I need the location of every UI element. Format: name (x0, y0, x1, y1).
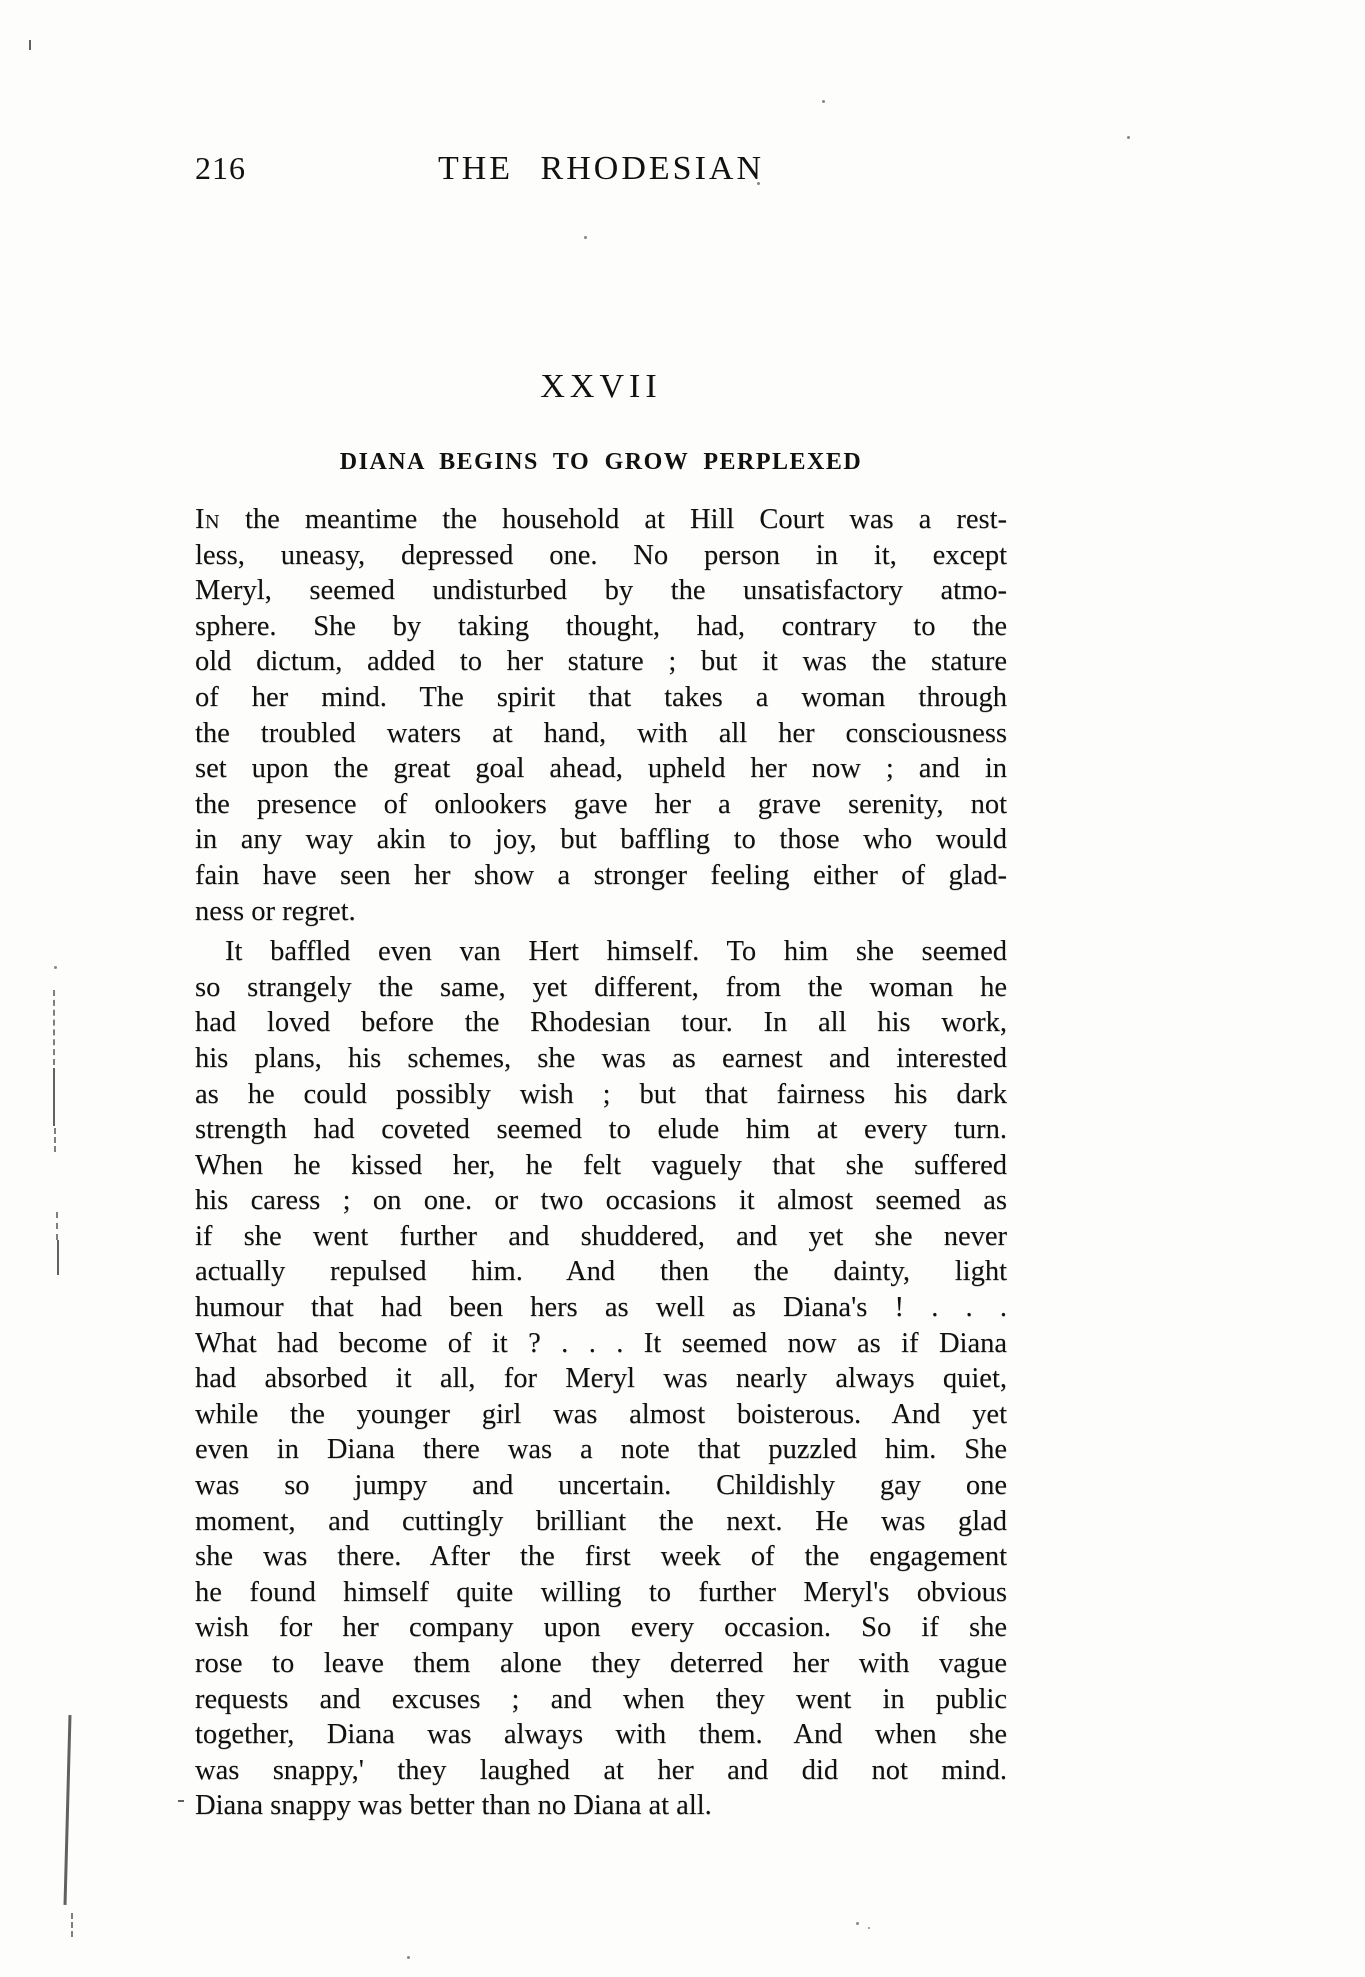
scan-artifact (71, 1913, 73, 1937)
chapter-text: In the meantime the household at Hill Co… (195, 502, 1007, 1824)
running-head: 216 THE RHODESIAN (195, 150, 1007, 190)
text-line: strength had coveted seemed to elude him… (195, 1112, 1007, 1148)
scan-artifact (57, 1240, 59, 1275)
text-line: wish for her company upon every occasion… (195, 1610, 1007, 1646)
text-line: Meryl, seemed undisturbed by the unsatis… (195, 573, 1007, 609)
text-line: his plans, his schemes, she was as earne… (195, 1041, 1007, 1077)
text-line: was snappy,' they laughed at her and did… (195, 1753, 1007, 1789)
text-line: In the meantime the household at Hill Co… (195, 502, 1007, 538)
scan-artifact (868, 1927, 870, 1929)
book-page-scan: 216 THE RHODESIAN XXVII DIANA BEGINS TO … (0, 0, 1365, 1977)
paragraph: In the meantime the household at Hill Co… (195, 502, 1007, 929)
text-line: had absorbed it all, for Meryl was nearl… (195, 1361, 1007, 1397)
text-line: the presence of onlookers gave her a gra… (195, 787, 1007, 823)
scan-artifact (29, 40, 31, 50)
scan-artifact (64, 1715, 72, 1905)
text-line: Diana snappy was better than no Diana at… (195, 1788, 1007, 1824)
text-line: actually repulsed him. And then the dain… (195, 1254, 1007, 1290)
text-line: old dictum, added to her stature ; but i… (195, 644, 1007, 680)
text-line: his caress ; on one. or two occasions it… (195, 1183, 1007, 1219)
paragraph: It baffled even van Hert himself. To him… (195, 934, 1007, 1824)
text-line: set upon the great goal ahead, upheld he… (195, 751, 1007, 787)
scan-artifact (53, 1068, 55, 1126)
text-line: he found himself quite willing to furthe… (195, 1575, 1007, 1611)
text-line: even in Diana there was a note that puzz… (195, 1432, 1007, 1468)
text-line: fain have seen her show a stronger feeli… (195, 858, 1007, 894)
text-line: requests and excuses ; and when they wen… (195, 1682, 1007, 1718)
text-line: of her mind. The spirit that takes a wom… (195, 680, 1007, 716)
scan-artifact (407, 1956, 410, 1959)
text-line: together, Diana was always with them. An… (195, 1717, 1007, 1753)
scan-artifact (53, 990, 55, 1065)
text-line: humour that had been hers as well as Dia… (195, 1290, 1007, 1326)
text-line: she was there. After the first week of t… (195, 1539, 1007, 1575)
scan-artifact (1127, 136, 1130, 139)
text-line: if she went further and shuddered, and y… (195, 1219, 1007, 1255)
running-title: THE RHODESIAN (195, 150, 1007, 188)
text-line: so strangely the same, yet different, fr… (195, 970, 1007, 1006)
text-line: had loved before the Rhodesian tour. In … (195, 1005, 1007, 1041)
chapter-number: XXVII (195, 368, 1007, 406)
text-line: was so jumpy and uncertain. Childishly g… (195, 1468, 1007, 1504)
text-line: as he could possibly wish ; but that fai… (195, 1077, 1007, 1113)
scan-artifact (178, 1800, 184, 1802)
text-line: When he kissed her, he felt vaguely that… (195, 1148, 1007, 1184)
scan-artifact (757, 182, 760, 185)
scan-artifact (56, 1212, 58, 1240)
text-line: What had become of it ? . . . It seemed … (195, 1326, 1007, 1362)
text-line: ness or regret. (195, 894, 1007, 930)
scan-artifact (584, 236, 587, 239)
scan-artifact (54, 1128, 56, 1152)
text-line: less, uneasy, depressed one. No person i… (195, 538, 1007, 574)
text-line: rose to leave them alone they deterred h… (195, 1646, 1007, 1682)
scan-artifact (856, 1922, 859, 1925)
text-line: the troubled waters at hand, with all he… (195, 716, 1007, 752)
text-block: 216 THE RHODESIAN XXVII DIANA BEGINS TO … (195, 0, 1007, 1977)
opening-word: In (195, 504, 220, 535)
text-line: It baffled even van Hert himself. To him… (195, 934, 1007, 970)
text-line: while the younger girl was almost boiste… (195, 1397, 1007, 1433)
text-line: in any way akin to joy, but baffling to … (195, 822, 1007, 858)
scan-artifact (54, 966, 57, 969)
text-line: moment, and cuttingly brilliant the next… (195, 1504, 1007, 1540)
chapter-title: DIANA BEGINS TO GROW PERPLEXED (195, 449, 1007, 476)
text-line: sphere. She by taking thought, had, cont… (195, 609, 1007, 645)
scan-artifact (822, 100, 825, 103)
